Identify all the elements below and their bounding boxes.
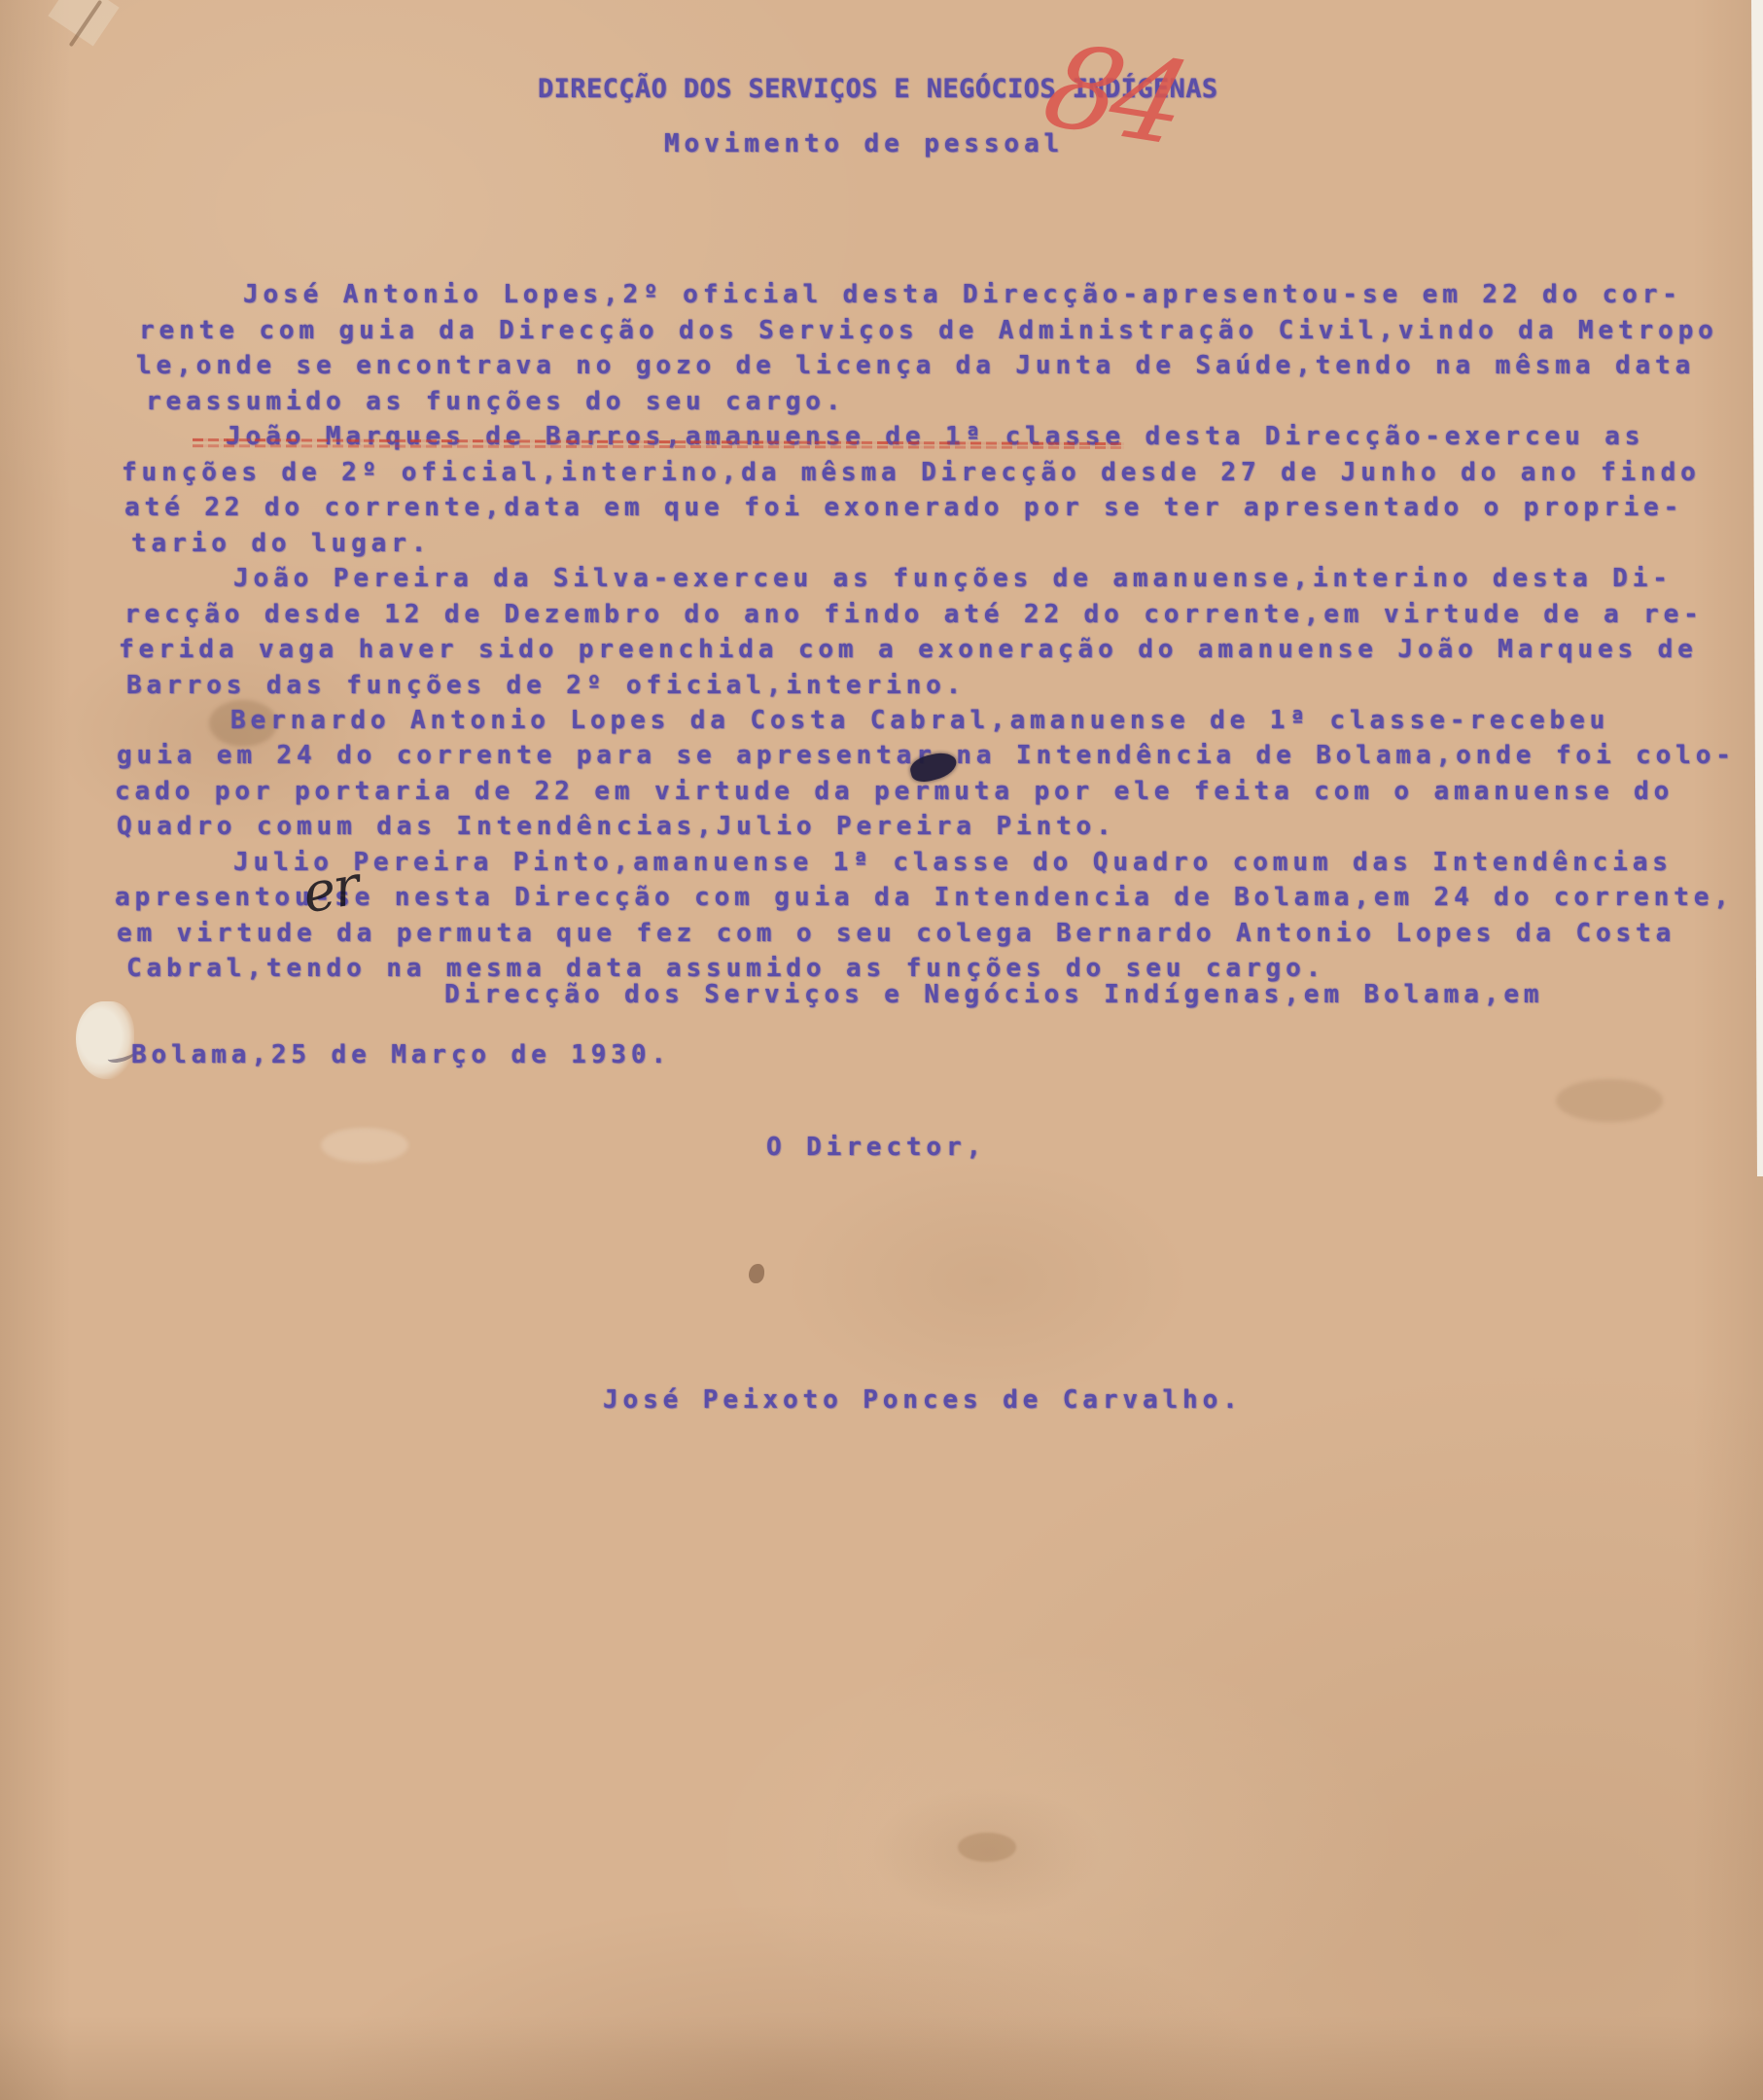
- typewritten-line: cado por portaria de 22 em virtude da pe…: [115, 777, 1674, 806]
- director-line: O Director,: [766, 1133, 986, 1162]
- typewritten-line: até 22 do corrente,data em que foi exone…: [124, 493, 1683, 522]
- typewritten-line: le,onde se encontrava no gozo de licença…: [136, 351, 1695, 380]
- typewritten-line: tario do lugar.: [131, 529, 431, 558]
- page-subtitle: Movimento de pessoal: [664, 129, 1064, 158]
- typewritten-line: João Pereira da Silva-exerceu as funções…: [233, 564, 1673, 593]
- typewritten-line: recção desde 12 de Dezembro do ano findo…: [124, 600, 1704, 629]
- typewritten-line: Julio Pereira Pinto,amanuense 1ª classe …: [233, 848, 1673, 877]
- typewritten-line: funções de 2º oficial,interino,da mêsma …: [122, 458, 1701, 487]
- typewritten-line: Bernardo Antonio Lopes da Costa Cabral,a…: [230, 706, 1609, 735]
- typewritten-line: em virtude da permuta que fez com o seu …: [117, 919, 1675, 948]
- paper-tear: [76, 1001, 134, 1079]
- typewritten-line: Cabral,tendo na mesma data assumido as f…: [126, 954, 1325, 983]
- paper-stain: [1556, 1079, 1663, 1122]
- signature-line: José Peixoto Ponces de Carvalho.: [603, 1385, 1243, 1415]
- scanned-page: DIRECÇÃO DOS SERVIÇOS E NEGÓCIOS INDÍGEN…: [0, 0, 1763, 2100]
- date-line: Bolama,25 de Março de 1930.: [131, 1040, 671, 1069]
- typewritten-line: rente com guia da Direcção dos Serviços …: [139, 316, 1718, 345]
- typewritten-line: Quadro comum das Intendências,Julio Pere…: [117, 812, 1116, 841]
- handwritten-correction: er: [300, 859, 363, 923]
- typewritten-line: reassumido as funções do seu cargo.: [146, 387, 845, 416]
- typewritten-line: José Antonio Lopes,2º oficial desta Dire…: [243, 280, 1682, 309]
- paper-stain: [958, 1833, 1016, 1862]
- paper-stain: [321, 1128, 408, 1163]
- typewritten-line: ferida vaga haver sido preenchida com a …: [119, 635, 1698, 664]
- closing-line: Direcção dos Serviços e Negócios Indígen…: [444, 980, 1543, 1009]
- typewritten-line: Barros das funções de 2º oficial,interin…: [126, 671, 966, 700]
